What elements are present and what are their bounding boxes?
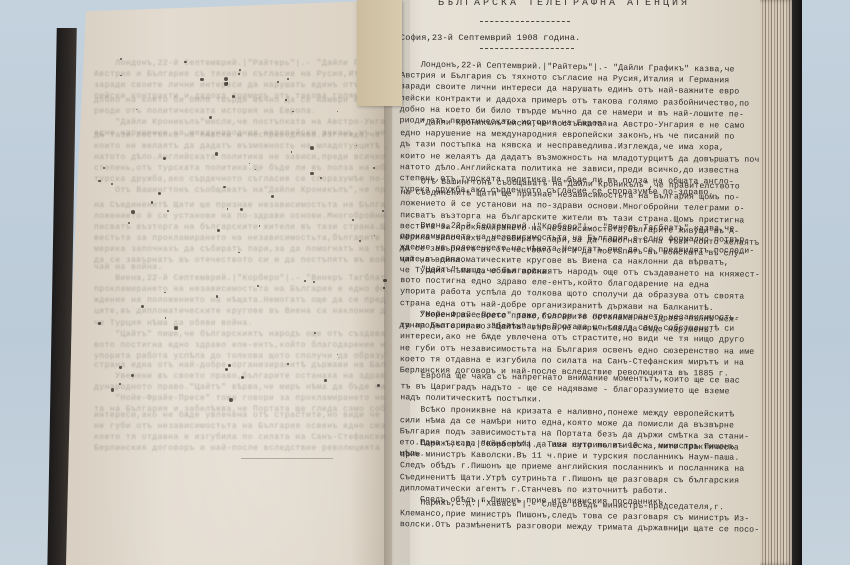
header-dash-rule xyxy=(480,21,570,23)
faded-text-block: страна една отъ най-добре организиранитѣ… xyxy=(94,360,386,415)
foxing-spot xyxy=(131,210,135,214)
left-page-faded: Лондонъ,22-й Септемврий.|"Райтерь"|.- "Д… xyxy=(66,0,400,565)
foxing-spot xyxy=(229,398,233,402)
foxing-spot xyxy=(141,305,144,308)
right-page-telegram-bulletin: БЪЛГАРСКА ТЕЛЕГРАФНА АГЕНЦИЯ София,23-й … xyxy=(392,0,764,565)
foxing-spot xyxy=(271,195,274,198)
foxing-spot xyxy=(310,146,314,150)
foxing-spot xyxy=(209,116,212,119)
dateline-dash-rule xyxy=(480,48,574,50)
foxing-spot xyxy=(163,157,166,160)
bulletin-paragraph: "Нойе-Фрайе-Пресе" тоже говори за прокла… xyxy=(400,309,755,380)
faded-text-block: интереси,ако не бѫде увлечена отъ страст… xyxy=(94,410,386,454)
bulletin-paragraph: Парижъ,с.д.|"Хавасъ"|.- Следъ обѣдъ мини… xyxy=(400,497,760,536)
foxing-spot xyxy=(119,366,122,369)
foxing-spot xyxy=(224,77,228,81)
foxing-spot xyxy=(324,379,327,382)
agency-header: БЪЛГАРСКА ТЕЛЕГРАФНА АГЕНЦИЯ xyxy=(438,0,690,9)
open-archive-binder: Лондонъ,22-й Септемврий.|"Райтерь"|.- "Д… xyxy=(0,0,850,565)
left-page-rule xyxy=(241,458,333,459)
foxing-spot xyxy=(165,317,166,318)
foxing-spot xyxy=(174,326,178,330)
foxing-spot xyxy=(239,69,241,71)
foxing-spot xyxy=(103,167,105,169)
foxing-spot xyxy=(131,374,134,377)
foxing-spot xyxy=(98,322,100,324)
faded-text-block: дъ тази постъпка на кявска и несправедли… xyxy=(94,130,386,196)
foxing-spot xyxy=(337,111,338,112)
foxing-spot xyxy=(98,180,101,183)
binder-cover-right xyxy=(792,0,802,565)
foxing-spot xyxy=(285,99,287,101)
foxing-spot xyxy=(228,364,231,367)
page-stack-edges xyxy=(760,0,794,565)
foxing-spot xyxy=(120,75,122,77)
foxing-spot xyxy=(238,73,240,75)
foxing-spot xyxy=(119,383,121,385)
paper-bookmark-slip[interactable] xyxy=(357,0,402,106)
page-number: -|- xyxy=(672,524,687,535)
foxing-spot xyxy=(287,363,289,365)
faded-text-block: чай на война. Виена,22-й Септемврий.|"Ко… xyxy=(94,262,386,317)
foxing-spot xyxy=(225,368,228,371)
foxing-spot xyxy=(304,280,306,282)
foxing-spot xyxy=(217,229,220,232)
foxing-spot xyxy=(320,177,322,179)
faded-text-block: че Турция нѣма да обяви война. "Цайтъ" п… xyxy=(94,318,386,362)
dateline: София,23-й Септемврий 1908 година. xyxy=(400,33,580,44)
foxing-spot xyxy=(259,225,261,227)
